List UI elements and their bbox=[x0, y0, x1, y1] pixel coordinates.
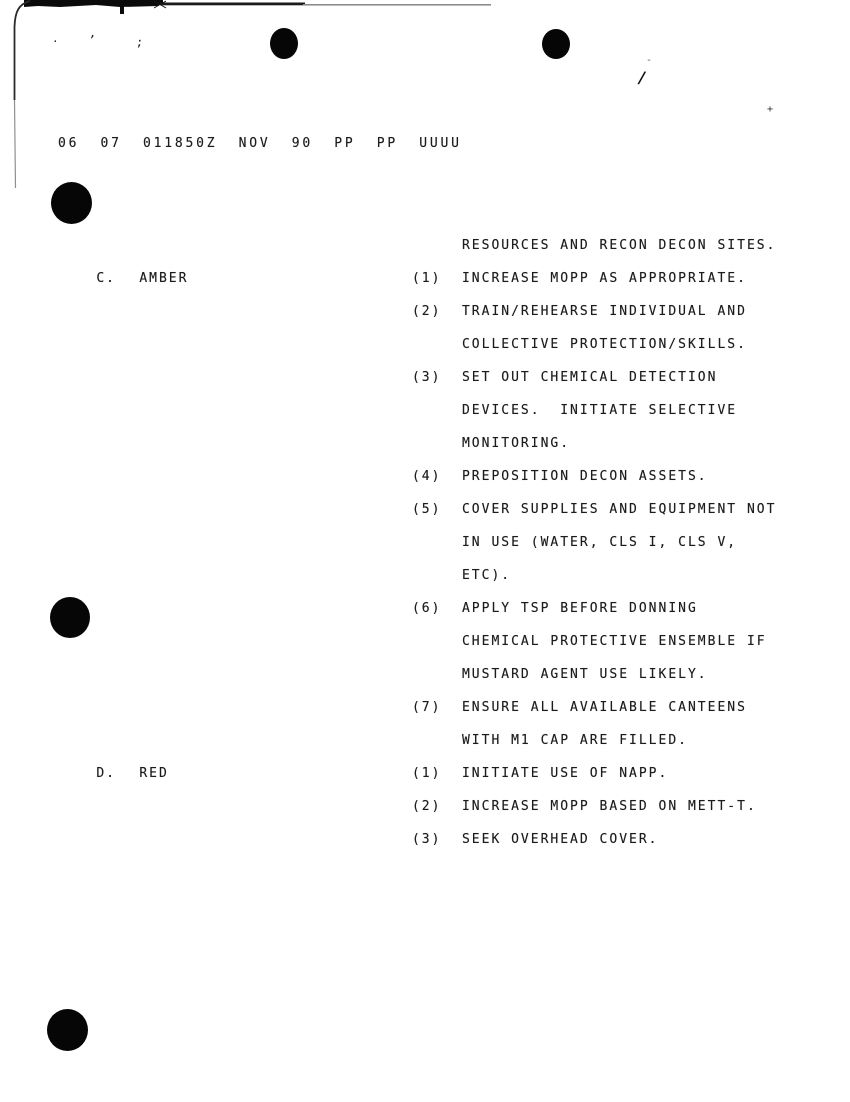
hole-punch-dot-top-left bbox=[270, 28, 298, 59]
stray-mark-icon: + bbox=[767, 105, 773, 115]
body-text-block: RESOURCES AND RECON DECON SITES. (1)INCR… bbox=[353, 196, 823, 823]
item-text: APPLY TSP BEFORE DONNING bbox=[462, 601, 698, 616]
item-text: CHEMICAL PROTECTIVE ENSEMBLE IF bbox=[462, 634, 767, 649]
item-text: SET OUT CHEMICAL DETECTION bbox=[462, 370, 718, 385]
item-number: (1) bbox=[412, 757, 462, 790]
item-number: (2) bbox=[412, 790, 462, 823]
scanned-document-page: · ’ ; - / + 06 07 011850Z NOV 90 PP PP U… bbox=[0, 0, 850, 1102]
item-text: PREPOSITION DECON ASSETS. bbox=[462, 469, 708, 484]
hole-punch-dot-top-right bbox=[542, 29, 570, 59]
item-text: COLLECTIVE PROTECTION/SKILLS. bbox=[462, 337, 747, 352]
item-text: MONITORING. bbox=[462, 436, 570, 451]
item-text: WITH M1 CAP ARE FILLED. bbox=[462, 733, 688, 748]
section-title: RED bbox=[139, 766, 168, 781]
item-text: COVER SUPPLIES AND EQUIPMENT NOT bbox=[462, 502, 776, 517]
item-text: ETC). bbox=[462, 568, 511, 583]
item-text: IN USE (WATER, CLS I, CLS V, bbox=[462, 535, 737, 550]
section-letter: D. bbox=[96, 757, 139, 790]
stray-mark-icon: / bbox=[636, 70, 647, 87]
body-line: RESOURCES AND RECON DECON SITES. bbox=[353, 196, 823, 229]
section-title: AMBER bbox=[139, 271, 188, 286]
item-number: (6) bbox=[412, 592, 462, 625]
header-dtg-line: 06 07 011850Z NOV 90 PP PP UUUU bbox=[58, 136, 462, 151]
hole-punch-dot-bottom bbox=[47, 1009, 88, 1051]
stray-mark-icon: ; bbox=[135, 36, 143, 49]
section-label-amber: C.AMBER bbox=[57, 229, 188, 262]
item-number: (3) bbox=[412, 823, 462, 856]
item-text: TRAIN/REHEARSE INDIVIDUAL AND bbox=[462, 304, 747, 319]
hole-punch-dot-left-middle bbox=[50, 597, 90, 638]
item-text: INCREASE MOPP AS APPROPRIATE. bbox=[462, 271, 747, 286]
item-number: (5) bbox=[412, 493, 462, 526]
item-number: (7) bbox=[412, 691, 462, 724]
section-letter: C. bbox=[96, 262, 139, 295]
item-text: MUSTARD AGENT USE LIKELY. bbox=[462, 667, 708, 682]
item-text: ENSURE ALL AVAILABLE CANTEENS bbox=[462, 700, 747, 715]
stray-mark-icon: - bbox=[646, 56, 652, 66]
stray-mark-icon: · bbox=[52, 36, 59, 47]
item-text: INITIATE USE OF NAPP. bbox=[462, 766, 668, 781]
item-number: (1) bbox=[412, 262, 462, 295]
item-text: INCREASE MOPP BASED ON METT-T. bbox=[462, 799, 757, 814]
item-text: SEEK OVERHEAD COVER. bbox=[462, 832, 659, 847]
item-text: DEVICES. INITIATE SELECTIVE bbox=[462, 403, 737, 418]
section-label-red: D.RED bbox=[57, 724, 169, 757]
item-number: (2) bbox=[412, 295, 462, 328]
item-number: (4) bbox=[412, 460, 462, 493]
item-text: RESOURCES AND RECON DECON SITES. bbox=[462, 238, 776, 253]
item-number: (3) bbox=[412, 361, 462, 394]
hole-punch-dot-left-upper bbox=[51, 182, 92, 224]
scan-edge-artifact bbox=[0, 0, 520, 200]
